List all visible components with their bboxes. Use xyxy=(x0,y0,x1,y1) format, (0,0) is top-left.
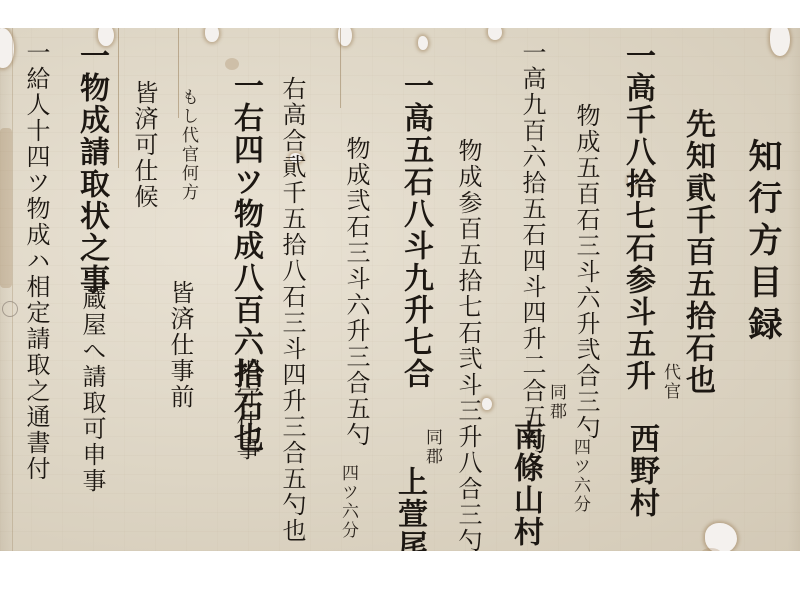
document-page: 知行方目録 先知貮千百五拾石也 一高千八拾七石参斗五升 物成五百石三斗六升弐合三… xyxy=(0,0,800,600)
column-entry-1-detail: 物成五百石三斗六升弐合三勺 xyxy=(572,103,600,441)
column-note-dogun-2: 同郡 xyxy=(422,428,442,466)
column-instruction-kaisai: 皆済可仕候 xyxy=(130,80,158,210)
paper-stain xyxy=(0,128,12,288)
column-entry-6: 一給人十四ツ物成ハ相定請取之通書付 xyxy=(22,40,50,482)
column-village-nanjoyama: 南條山村 xyxy=(508,420,542,548)
column-note-dogun-1: 同郡 xyxy=(546,383,566,421)
paper-hole xyxy=(705,523,737,551)
paper-crack xyxy=(118,28,119,168)
column-entry-1: 一高千八拾七石参斗五升 xyxy=(620,40,654,392)
column-entry-3: 一高五石八斗九升七合 xyxy=(398,70,432,390)
column-entry-2-detail: 物成参百五拾七石弐斗三升八合三勺二才 xyxy=(454,138,482,551)
column-note-daikan-2: もし代官何方 xyxy=(178,88,198,202)
column-entry-3-detail: 物成弐石三斗六升三合五勺 xyxy=(342,136,370,448)
column-entry-5: 一物成請取状之事 xyxy=(74,40,108,296)
paper-stain xyxy=(225,58,239,70)
column-entry-2: 一高九百六拾五石四斗四升二合五勺 xyxy=(518,40,546,456)
document-title: 知行方目録 xyxy=(738,138,787,348)
column-instruction-3: 相守仕事 xyxy=(232,358,260,462)
column-rate-1: 四ツ六分 xyxy=(570,438,590,514)
column-rate-2: 四ツ六分 xyxy=(338,464,358,540)
column-instruction-2: 皆済仕事前 xyxy=(166,280,194,410)
paper-hole xyxy=(488,28,502,40)
column-heading-prior-fief: 先知貮千百五拾石也 xyxy=(680,108,714,396)
library-seal-stamp xyxy=(2,301,18,317)
paper-hole xyxy=(205,28,219,42)
paper-crack xyxy=(12,28,13,551)
column-village-kamikayao: 上萱尾村 xyxy=(392,466,426,551)
paper-hole xyxy=(482,398,492,410)
column-village-nishino: 西野村 xyxy=(624,423,658,519)
column-total: 右高合貮千五拾八石三斗四升三合五勺也 xyxy=(278,76,306,544)
paper-hole xyxy=(418,36,428,50)
paper-crack xyxy=(340,28,341,108)
paper-hole xyxy=(770,28,790,56)
column-instruction-kuraya: 蔵屋へ請取可申事 xyxy=(78,286,106,494)
column-note-daikan: 代官 xyxy=(660,363,680,401)
manuscript-paper: 知行方目録 先知貮千百五拾石也 一高千八拾七石参斗五升 物成五百石三斗六升弐合三… xyxy=(0,28,800,551)
